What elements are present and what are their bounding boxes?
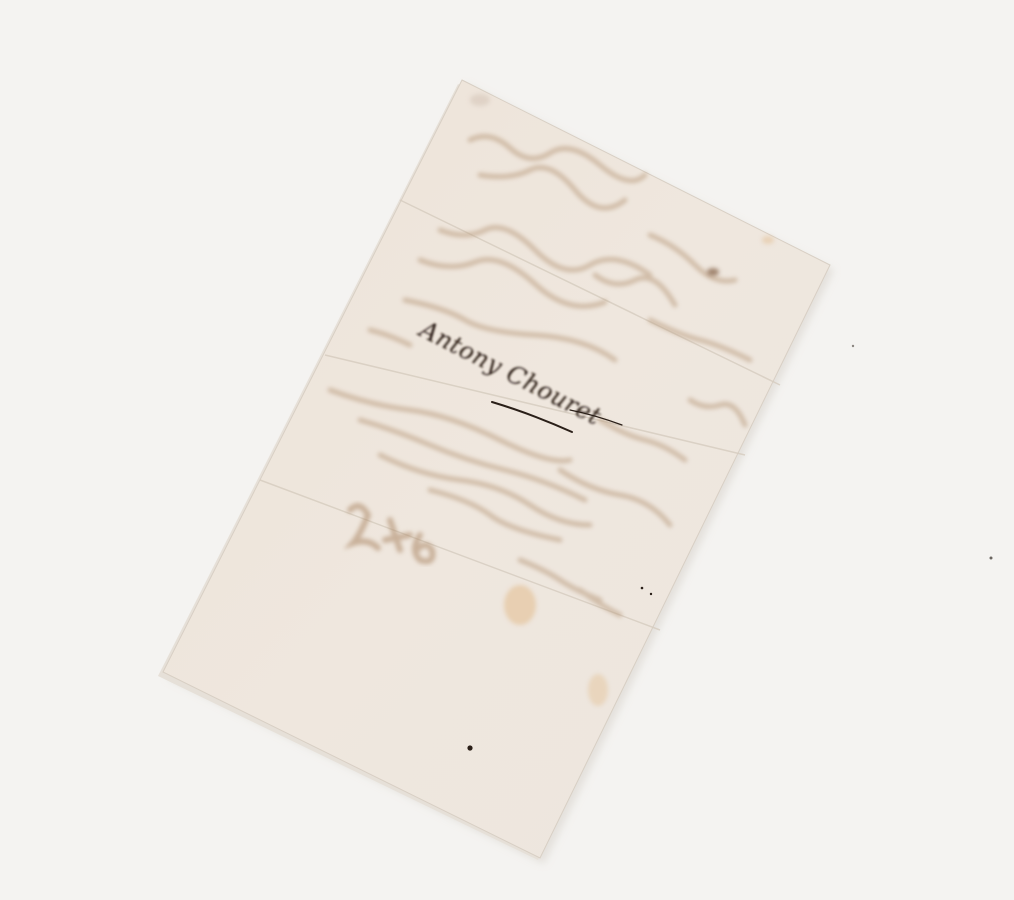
photo-scene: Antony Chouret 246	[0, 0, 1014, 900]
letter-photo: Antony Chouret	[0, 0, 1014, 900]
